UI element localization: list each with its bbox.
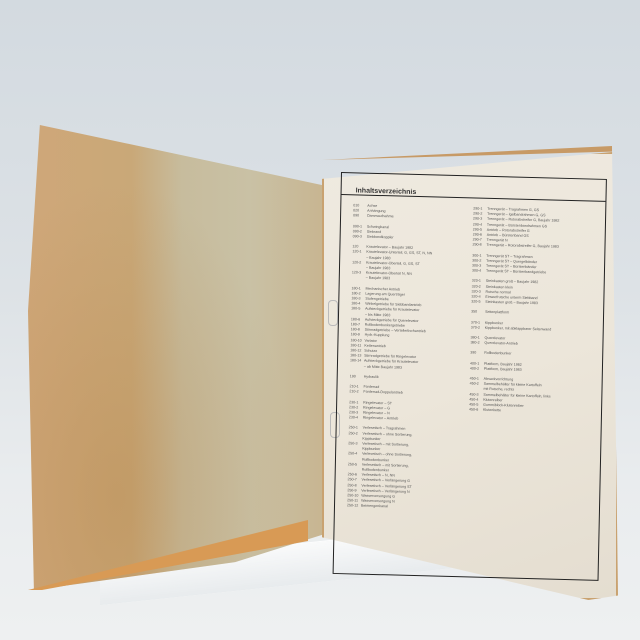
toc-entry-text: Förderrad-Doppelantrieb [363, 390, 402, 396]
toc-entry-number: 380-2 [470, 341, 484, 347]
toc-entry-text: Hydraulik [364, 375, 379, 381]
toc-entry-number: 400-2 [470, 366, 484, 372]
toc-entry-number: 090 [353, 214, 367, 220]
toc-entry-number [350, 364, 364, 370]
toc-entry-number: 390 [470, 351, 484, 357]
toc-entry-number [352, 276, 366, 282]
toc-entry-number: 320-5 [471, 300, 485, 306]
toc-entry-text: Querelevator-Antrieb [484, 341, 517, 347]
toc-entry-text: – ab Mitte Baujahr 1983 [364, 364, 402, 370]
toc-entry-number: 190 [350, 374, 364, 380]
toc-entry-text: Siebbandkoppler [367, 235, 394, 241]
toc-left-column: 010Achse020Anhängung090Dammaufnahme090-1… [347, 203, 479, 512]
toc-entry-text: – Baujahr 1983 [366, 276, 390, 282]
toc-entry-number: 210-2 [349, 390, 363, 396]
toc-title: Inhaltsverzeichnis [342, 173, 606, 202]
toc-frame: Inhaltsverzeichnis 010Achse020Anhängung0… [333, 172, 607, 581]
toc-right-column: 290-1Trenngerät – Tragrahmen G, GS290-2T… [469, 206, 601, 416]
toc-entry-text: Seitenplattform [485, 310, 509, 316]
toc-entry-text: Rollbodenbunker [484, 351, 511, 357]
binding-thread [328, 300, 338, 326]
toc-entry-text: Klutenkette [483, 408, 501, 414]
toc-entry-number: 290-8 [472, 243, 486, 249]
toc-entry-number: 230-4 [349, 415, 363, 421]
toc-entry-text: Plattform, Baujahr 1983 [484, 367, 522, 373]
toc-entry-number: 300-4 [472, 269, 486, 275]
toc-entry-number: 090-3 [353, 234, 367, 240]
toc-entry-text: Ringelevator – Antrieb [363, 416, 398, 422]
toc-entry-number: 450-6 [469, 408, 483, 414]
left-cover-page [28, 125, 324, 590]
toc-entry-text: Beimengenkanal [361, 504, 388, 510]
toc-entry-number: 350 [471, 310, 485, 316]
toc-entry-number: 370-2 [471, 325, 485, 331]
toc-entry-text: Dammaufnahme [367, 214, 394, 220]
toc-entry-number: 250-12 [347, 504, 361, 510]
